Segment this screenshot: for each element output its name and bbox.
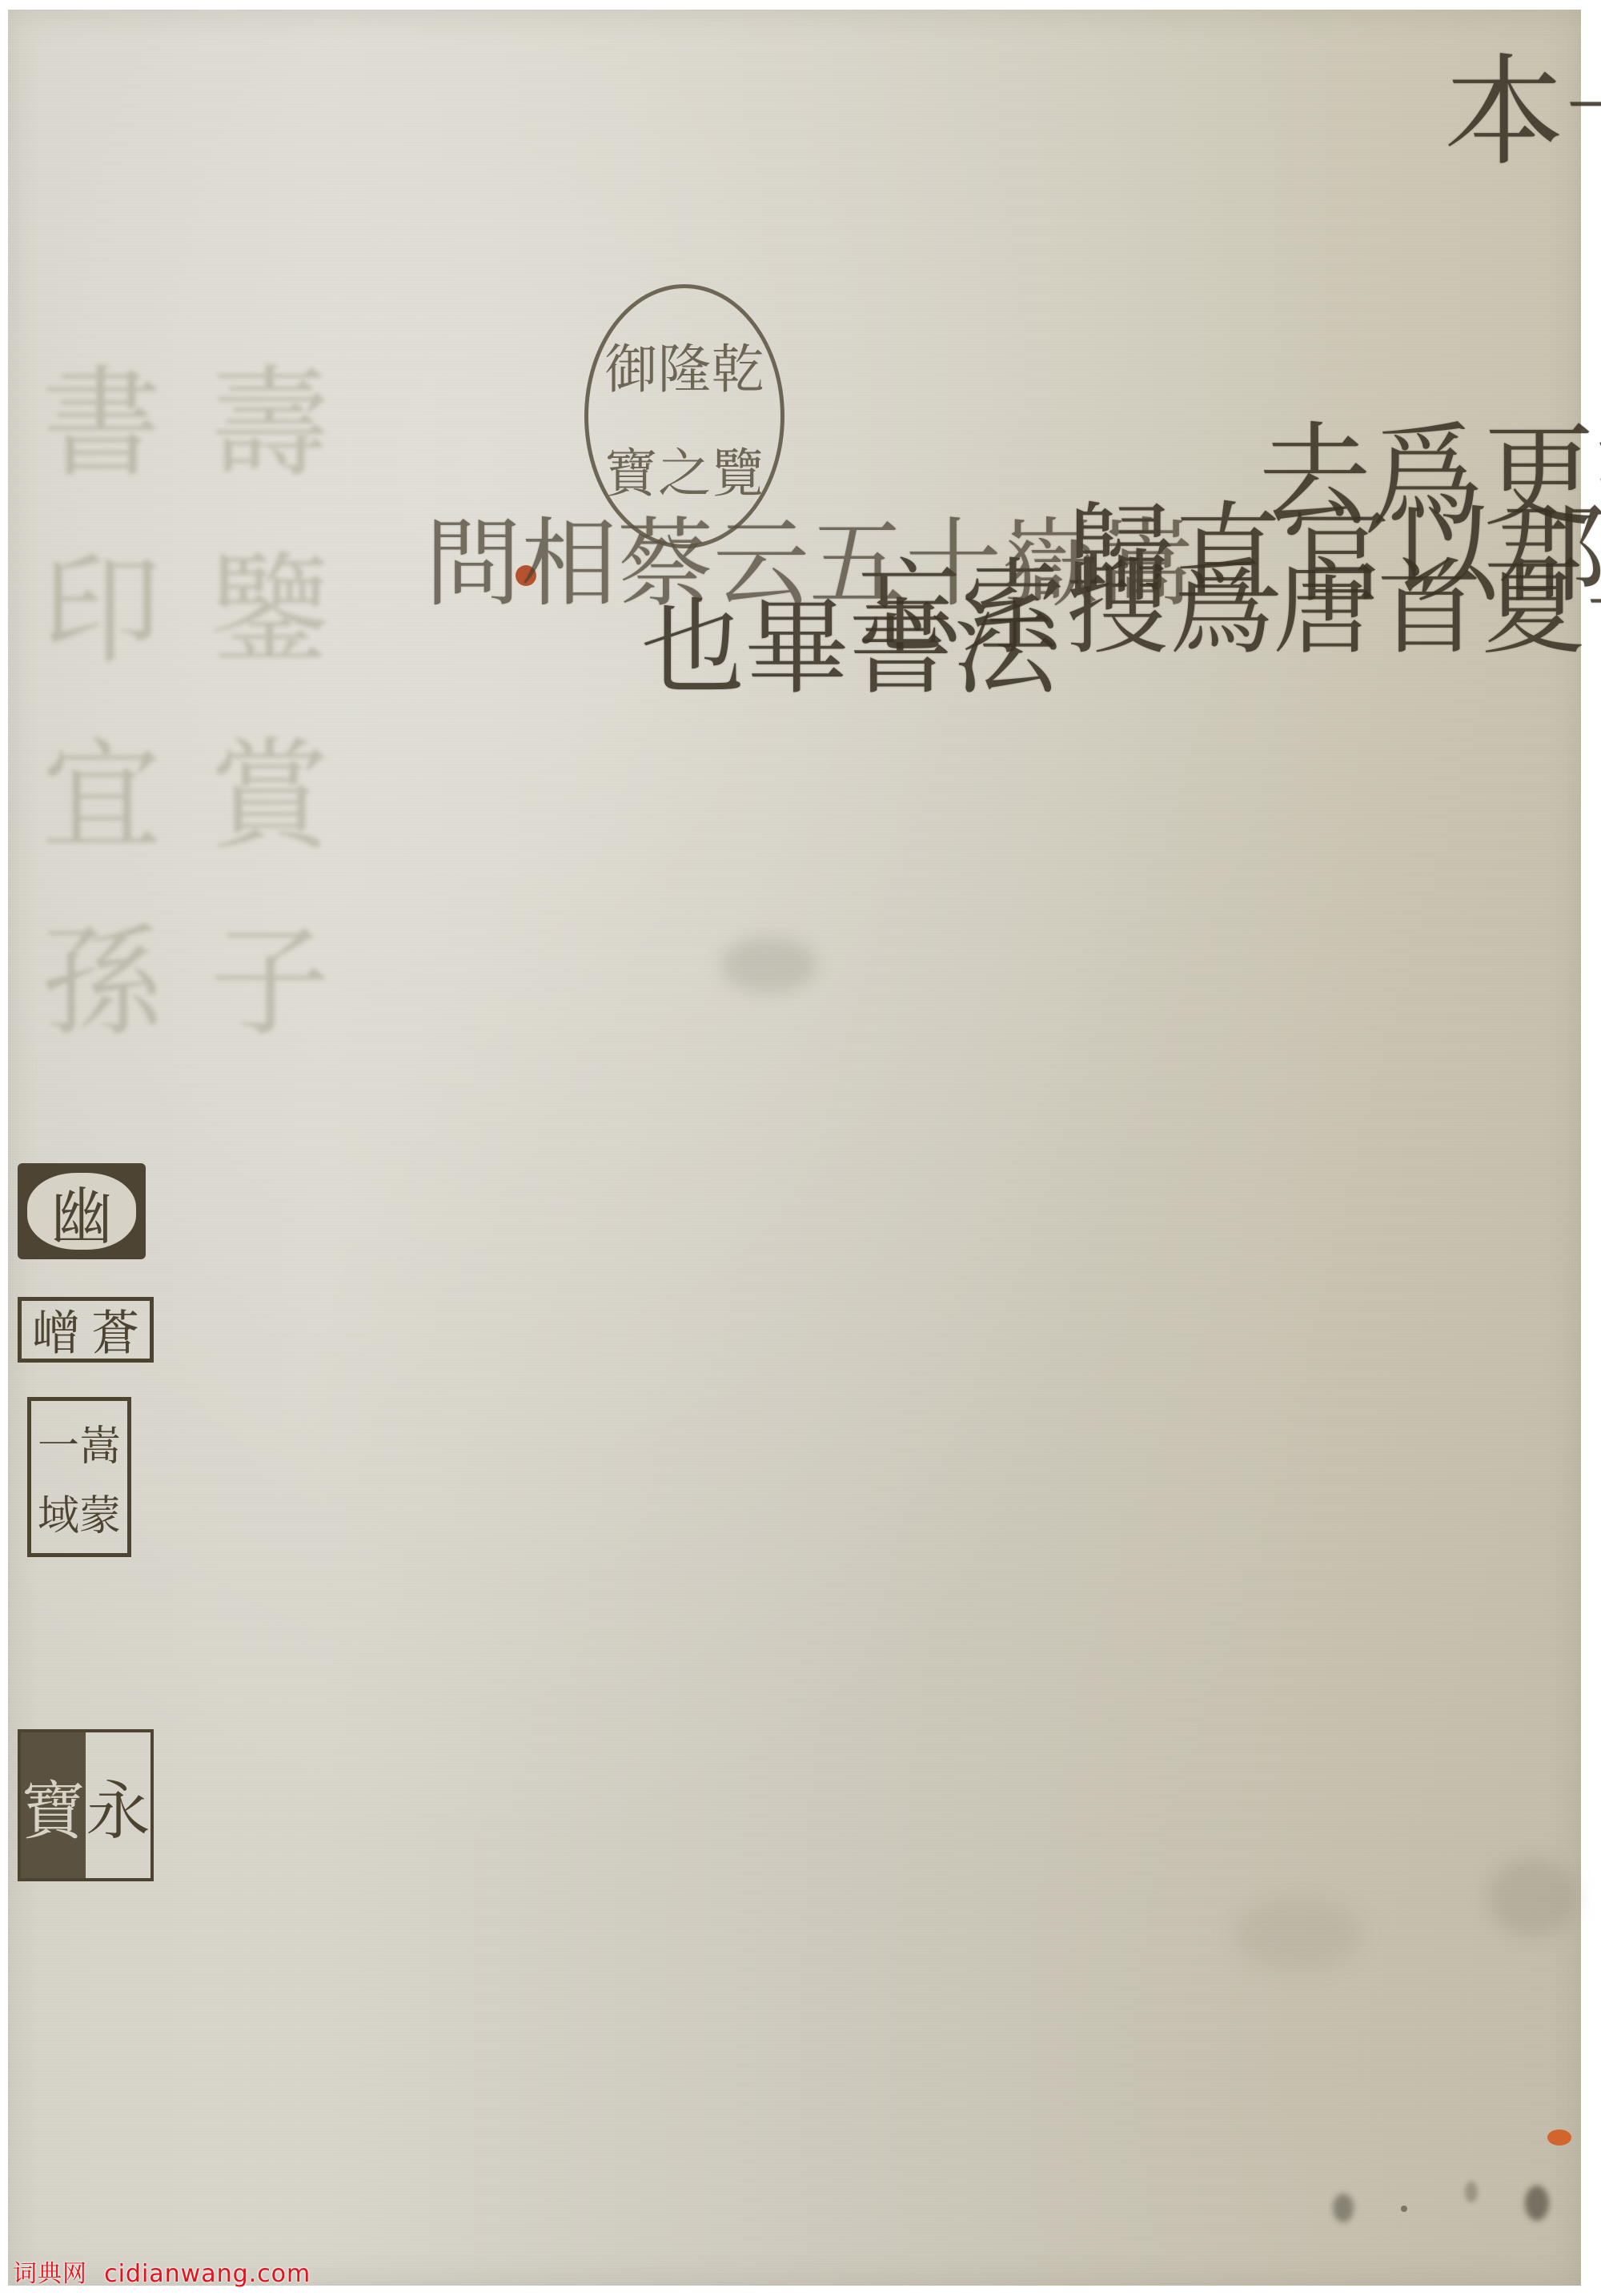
calligraphy-char: 問 (416, 512, 512, 608)
imperial-oval-seal: 乾 隆 御 覽 之 寶 (584, 284, 784, 548)
faded-seal-impression: 壽 書 鑒 印 賞 宜 子 孫 (18, 320, 354, 1065)
calligraphy-char: 首 (1369, 552, 1473, 656)
seal-char: 寶 (604, 431, 657, 507)
seal-char: 域 (38, 1482, 79, 1542)
calligraphy-char: 相 (512, 512, 608, 608)
calligraphy-char: 嵩 (1089, 512, 1185, 608)
site-watermark: 词典网 cidianwang.com (13, 2254, 311, 2289)
collector-seal-cangzeng: 蒼 嶒 (18, 1297, 154, 1363)
seal-char: 御 (604, 327, 657, 403)
ghost-seal-char: 賞 (210, 699, 330, 872)
seal-char: 蒙 (79, 1482, 121, 1542)
calligraphy-column-6-signature: 嵩 嶽 十 五 云 蔡 相 問 (416, 512, 1185, 608)
seal-char: 寶 (21, 1732, 86, 1878)
calligraphy-char: 嶽 (993, 512, 1089, 608)
seal-char: 一 (38, 1412, 79, 1472)
calligraphy-char: 五 (800, 512, 897, 608)
ghost-seal-char: 壽 (210, 327, 330, 500)
seal-char: 幽 (27, 1173, 136, 1250)
seal-char: 永 (86, 1732, 150, 1878)
ink-spot (1525, 2186, 1549, 2221)
collector-seal-half-intaglio: 寶 永 (18, 1729, 154, 1881)
seal-char: 嵩 (79, 1412, 121, 1472)
calligraphy-char: 十 (897, 512, 993, 608)
seal-char: 蒼 (91, 1295, 139, 1364)
collector-seal-you: 幽 (18, 1163, 146, 1259)
stain (1489, 1857, 1577, 1937)
ghost-seal-char: 子 (210, 885, 330, 1058)
ink-spot (1401, 2206, 1407, 2212)
seal-char: 隆 (658, 327, 711, 403)
seal-char: 嶒 (32, 1295, 80, 1364)
calligraphy-char: 本 (1433, 48, 1553, 200)
calligraphy-char: 夏 (1473, 552, 1577, 656)
seal-char: 之 (658, 431, 711, 507)
stain (1233, 1897, 1361, 1969)
ghost-seal-char: 鑒 (210, 513, 330, 686)
stain (720, 937, 817, 993)
calligraphy-column-1: 羅 口 上 有 唐 人 臨 蘭 亭 一 本 (1433, 48, 1601, 200)
calligraphy-char: 唐 (1265, 552, 1369, 656)
ghost-seal-char: 書 (42, 327, 162, 500)
red-pigment-spot (1547, 2129, 1571, 2145)
seal-char: 乾 (712, 327, 764, 403)
ink-spot (1465, 2182, 1478, 2202)
collector-seal-songmeng: 嵩 一 蒙 域 (27, 1397, 131, 1557)
ink-spot (1333, 2194, 1354, 2222)
ghost-seal-char: 孫 (42, 885, 162, 1058)
ghost-seal-char: 宜 (42, 699, 162, 872)
ghost-seal-char: 印 (42, 513, 162, 686)
seal-char: 覽 (712, 431, 764, 507)
